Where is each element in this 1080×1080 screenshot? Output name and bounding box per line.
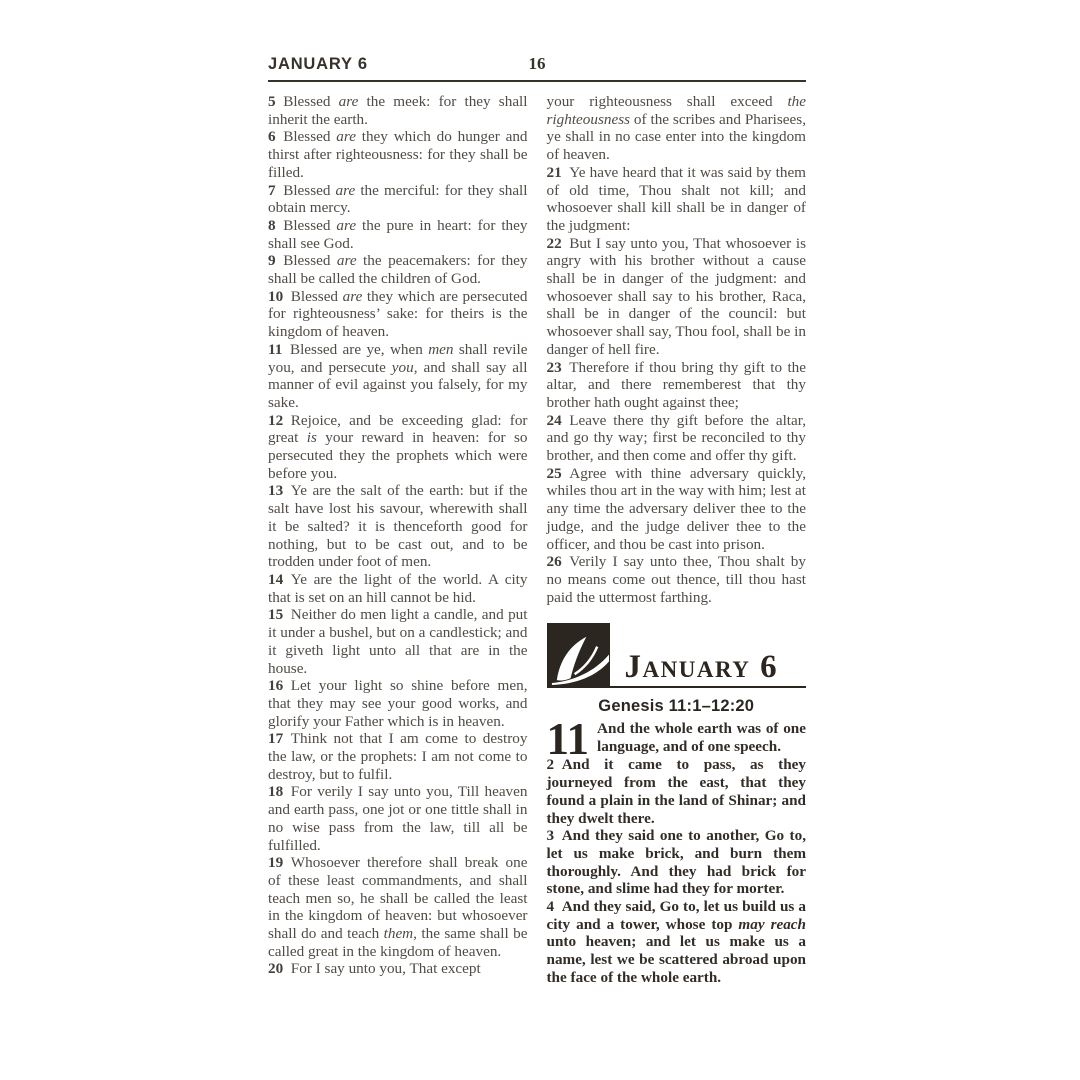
verse: 16 Let your light so shine before men, t… [268, 677, 528, 730]
verse-number: 20 [268, 960, 283, 977]
verse-text: And the whole earth was of one language,… [597, 720, 806, 755]
verse-number: 19 [268, 854, 283, 871]
day-heading: January 6 [547, 623, 807, 688]
leaf-icon [547, 623, 610, 686]
verse-number: 26 [547, 553, 562, 570]
verse-number: 25 [547, 465, 562, 482]
verse-number: 4 [547, 898, 555, 915]
verse-number: 2 [547, 756, 555, 773]
verse-number: 3 [547, 827, 555, 844]
verse-number: 14 [268, 571, 283, 588]
verse-number: 15 [268, 606, 283, 623]
genesis-verses: 2 And it came to pass, as they journeyed… [547, 756, 807, 986]
verse-number: 17 [268, 730, 283, 747]
chapter-opening-verse: 11And the whole earth was of one languag… [547, 720, 807, 756]
day-title: January 6 [625, 651, 779, 684]
verse-number: 11 [268, 341, 282, 358]
verse: 24 Leave there thy gift before the altar… [547, 412, 807, 465]
verse: 2 And it came to pass, as they journeyed… [547, 756, 807, 827]
verse-number: 13 [268, 482, 283, 499]
reading-reference: Genesis 11:1–12:20 [547, 697, 807, 716]
verse-number: 18 [268, 783, 283, 800]
verse-number: 9 [268, 252, 276, 269]
verse-number: 8 [268, 217, 276, 234]
chapter-number: 11 [547, 722, 590, 756]
verse: 17 Think not that I am come to destroy t… [268, 730, 528, 783]
running-header-date: JANUARY 6 [268, 55, 368, 74]
verse: 18 For verily I say unto you, Till heave… [268, 783, 528, 854]
right-column: your righteousness shall exceed the righ… [547, 93, 807, 987]
verse: 4 And they said, Go to, let us build us … [547, 898, 807, 987]
bible-page: JANUARY 6 16 5 Blessed are the meek: for… [268, 54, 806, 987]
matthew-right-verses: 21 Ye have heard that it was said by the… [547, 164, 807, 607]
verse-number: 5 [268, 93, 276, 110]
genesis-reading: 11And the whole earth was of one languag… [547, 720, 807, 986]
verse: 9 Blessed are the peacemakers: for they … [268, 252, 528, 287]
verse: 7 Blessed are the merciful: for they sha… [268, 182, 528, 217]
scripture-columns: 5 Blessed are the meek: for they shall i… [268, 93, 806, 987]
verse: 19 Whosoever therefore shall break one o… [268, 854, 528, 960]
verse-number: 22 [547, 235, 562, 252]
left-column: 5 Blessed are the meek: for they shall i… [268, 93, 528, 987]
verse: 25 Agree with thine adversary quickly, w… [547, 465, 807, 554]
verse-number: 6 [268, 128, 276, 145]
verse-number: 16 [268, 677, 283, 694]
verse-number: 21 [547, 164, 562, 181]
verse-number: 24 [547, 412, 562, 429]
verse: 21 Ye have heard that it was said by the… [547, 164, 807, 235]
verse: 15 Neither do men light a candle, and pu… [268, 606, 528, 677]
verse-number: 7 [268, 182, 276, 199]
verse: 12 Rejoice, and be exceeding glad: for g… [268, 412, 528, 483]
verse-number: 23 [547, 359, 562, 376]
verse: 11 Blessed are ye, when men shall revile… [268, 341, 528, 412]
running-header: JANUARY 6 16 [268, 54, 806, 82]
verse: 10 Blessed are they which are persecuted… [268, 288, 528, 341]
verse-number: 12 [268, 412, 283, 429]
matthew-left-verses: 5 Blessed are the meek: for they shall i… [268, 93, 528, 978]
verse: 20 For I say unto you, That except [268, 960, 528, 978]
verse: 5 Blessed are the meek: for they shall i… [268, 93, 528, 128]
verse: 6 Blessed are they which do hunger and t… [268, 128, 528, 181]
verse: 14 Ye are the light of the world. A city… [268, 571, 528, 606]
verse-number: 10 [268, 288, 283, 305]
verse: 13 Ye are the salt of the earth: but if … [268, 482, 528, 571]
verse: 3 And they said one to another, Go to, l… [547, 827, 807, 898]
page-number: 16 [529, 54, 546, 74]
verse: 26 Verily I say unto thee, Thou shalt by… [547, 553, 807, 606]
verse: 8 Blessed are the pure in heart: for the… [268, 217, 528, 252]
verse: 23 Therefore if thou bring thy gift to t… [547, 359, 807, 412]
verse: 22 But I say unto you, That whosoever is… [547, 235, 807, 359]
verse-continuation: your righteousness shall exceed the righ… [547, 93, 807, 164]
